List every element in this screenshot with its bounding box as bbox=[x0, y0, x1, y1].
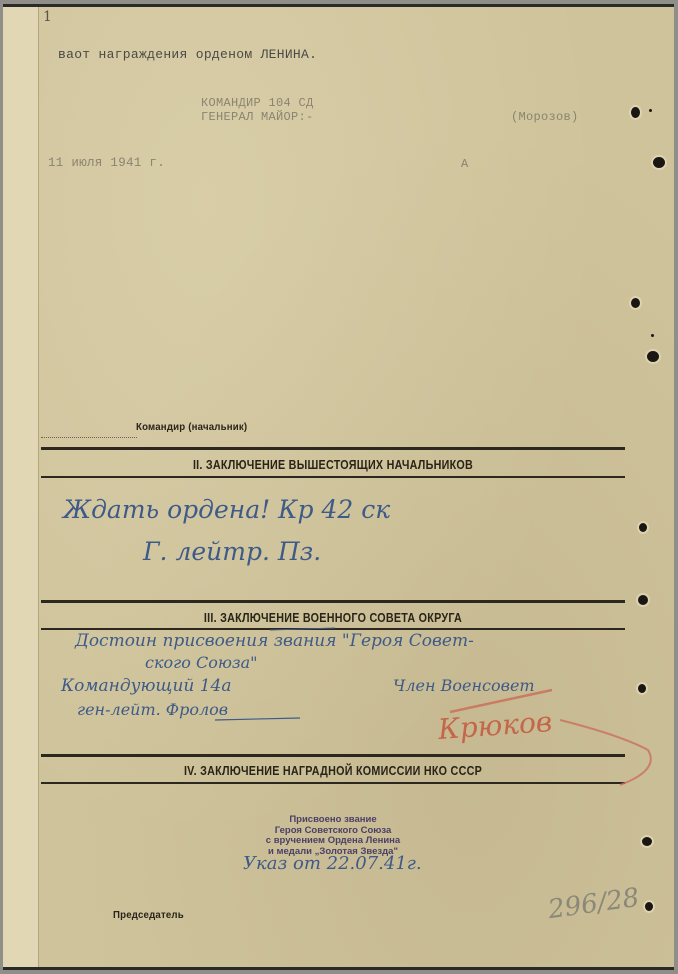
punch-hole bbox=[645, 902, 653, 911]
punch-hole bbox=[638, 595, 648, 605]
section-iv-bottom-rule bbox=[41, 782, 625, 784]
section-iii-handwriting-line1: Достоин присвоения звания "Героя Совет- bbox=[75, 631, 474, 651]
typed-signer-position-1: КОМАНДИР 104 СД bbox=[201, 96, 314, 110]
punch-hole bbox=[653, 157, 665, 168]
punch-hole bbox=[649, 109, 652, 112]
corner-mark: 1 bbox=[43, 9, 52, 25]
section-ii-bottom-rule bbox=[41, 476, 625, 478]
section-ii-title: II. ЗАКЛЮЧЕНИЕ ВЫШЕСТОЯЩИХ НАЧАЛЬНИКОВ bbox=[82, 458, 584, 472]
section-iii-handwriting-line5: Член Военсовет bbox=[393, 676, 535, 695]
stamp-line-1: Присвоено звание bbox=[233, 815, 433, 826]
typed-signer-position-2: ГЕНЕРАЛ МАЙОР:- bbox=[201, 110, 314, 124]
award-stamp: Присвоено звание Героя Советского Союза … bbox=[233, 815, 433, 857]
section-iii-handwriting-line2: ского Союза" bbox=[145, 653, 258, 672]
red-signature: Крюков bbox=[437, 705, 553, 746]
section-iii-title: III. ЗАКЛЮЧЕНИЕ ВОЕННОГО СОВЕТА ОКРУГА bbox=[82, 611, 584, 625]
document-page: 1 ваот награждения орденом ЛЕНИНА. КОМАН… bbox=[3, 4, 674, 970]
punch-hole bbox=[651, 334, 654, 337]
section-iii-handwriting-line3: Командующий 14а bbox=[61, 676, 232, 696]
punch-hole bbox=[642, 837, 652, 846]
section-iii-handwriting-line4: ген-лейт. Фролов bbox=[77, 700, 228, 719]
typed-stray-mark: А bbox=[461, 157, 469, 171]
section-ii-handwriting-line1: Ждать ордена! Кр 42 ск bbox=[63, 495, 390, 524]
decree-handwriting: Указ от 22.07.41г. bbox=[243, 853, 422, 874]
section-ii-top-rule bbox=[41, 447, 625, 450]
dotted-line bbox=[41, 437, 137, 438]
punch-hole bbox=[638, 684, 646, 693]
document-frame: 1 ваот награждения орденом ЛЕНИНА. КОМАН… bbox=[0, 0, 678, 974]
archive-number: 296/28 bbox=[546, 883, 641, 925]
section-iv-title: IV. ЗАКЛЮЧЕНИЕ НАГРАДНОЙ КОМИССИИ НКО СС… bbox=[82, 764, 584, 778]
commander-label: Командир (начальник) bbox=[136, 421, 247, 433]
punch-hole bbox=[631, 298, 640, 308]
section-ii-handwriting-line2: Г. лейтр. Пз. bbox=[143, 537, 321, 566]
binding-margin bbox=[3, 7, 39, 967]
punch-hole bbox=[631, 107, 640, 118]
typed-date: 11 июля 1941 г. bbox=[48, 156, 165, 170]
typed-award-line: ваот награждения орденом ЛЕНИНА. bbox=[58, 47, 317, 62]
stamp-line-3: с вручением Ордена Ленина bbox=[233, 836, 433, 847]
section-iii-top-rule bbox=[41, 600, 625, 603]
typed-signer-name: (Морозов) bbox=[511, 110, 579, 124]
chairman-label: Председатель bbox=[113, 909, 184, 921]
punch-hole bbox=[647, 351, 659, 362]
punch-hole bbox=[639, 523, 647, 532]
section-iii-bottom-rule bbox=[41, 628, 625, 630]
section-iv-top-rule bbox=[41, 754, 625, 757]
